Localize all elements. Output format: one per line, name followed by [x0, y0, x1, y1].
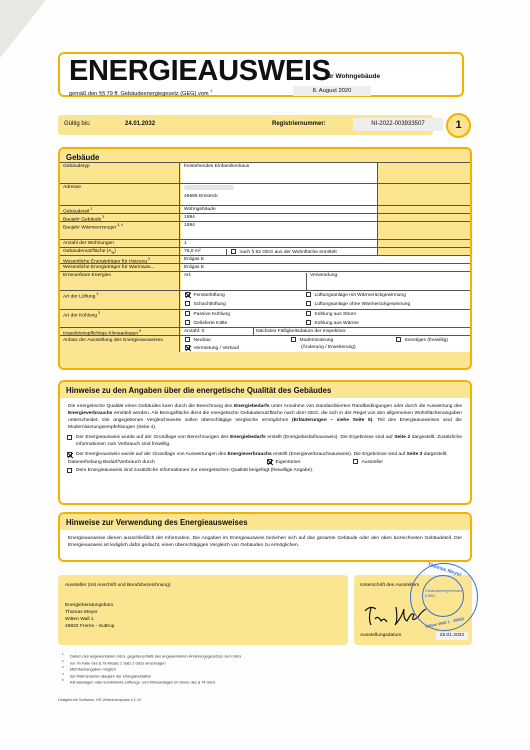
collector-issuer-option: Aussteller: [353, 459, 383, 466]
row-value: 1994: [181, 214, 378, 221]
extra-info-text: Dem Energieausweis sind zusätzliche Info…: [76, 468, 313, 473]
option-checkbox[interactable]: [185, 320, 190, 325]
issue-date: 25.01.2022: [436, 632, 468, 640]
row-label: Anlass der Ausstellung des Energieauswei…: [60, 336, 180, 352]
ventilation-option: Fensterlüftung: [185, 292, 225, 298]
extra-info-option: Dem Energieausweis sind zusätzliche Info…: [60, 467, 470, 474]
building-row: Anzahl der Wohnungen1: [60, 239, 472, 247]
cooling-option: Kühlung aus Strom: [306, 311, 356, 317]
ac-next-inspection: Nächstes Fälligkeitsdatum der Inspektion…: [253, 328, 347, 335]
reason-checkbox[interactable]: [185, 345, 190, 350]
registration-number: NI-2022-003933507: [353, 118, 443, 131]
area-value: 76,0 m²: [184, 249, 201, 254]
registration-label: Registriernummer:: [272, 121, 326, 127]
building-row: Wesentliche Energieträger für Heizung 3E…: [60, 255, 472, 263]
demand-option-text: Der Energieausweis wurde auf der Grundla…: [76, 435, 462, 447]
renewable-kind-label: Art:: [184, 273, 192, 278]
row-label: Wesentliche Energieträger für Heizung 3: [60, 256, 180, 263]
stamp-address: Witten Wall 1 · 49832: [425, 616, 465, 629]
building-row: Art der Kühlung 3Passive KühlungKühlung …: [60, 309, 472, 327]
row-label: Gebäudeteil 2: [60, 206, 180, 213]
reason-option: Neubau: [185, 337, 211, 343]
row-label: Inspektionspflichtige Klimaanlagen 5: [60, 328, 180, 335]
row-value: FensterlüftungLüftungsanlage mit Wärmerü…: [181, 291, 472, 309]
consumption-option: Der Energieausweis wurde auf der Grundla…: [60, 451, 470, 458]
consumption-checkbox[interactable]: [67, 452, 72, 457]
law-reference: gemäß den §§ 79 ff. Gebäudeenergiegesetz…: [69, 88, 212, 97]
building-row: Baujahr Wärmeerzeuger 3, 41994: [60, 221, 472, 239]
row-label: Wesentliche Energieträger für Warmwas...: [60, 264, 180, 271]
building-row: Anlass der Ausstellung des Energieauswei…: [60, 335, 472, 352]
building-row: Gebäudeteil 2Wohngebäude: [60, 205, 472, 213]
valid-until-label: Gültig bis:: [64, 121, 91, 127]
footnote: 5Klimaanlagen oder kombinierte Lüftungs-…: [62, 678, 241, 685]
reason-checkbox[interactable]: [396, 337, 401, 342]
document-title: ENERGIEAUSWEIS: [69, 56, 331, 86]
issuer-label: Aussteller: [362, 460, 383, 465]
extra-info-checkbox[interactable]: [67, 468, 72, 473]
owner-label: Eigentümer: [276, 460, 301, 465]
reason-option: Sonstiges (freiwillig): [396, 337, 448, 343]
building-row: Gebäudetypfreistehendes Einfamilienhaus: [60, 162, 472, 183]
law-text: gemäß den §§ 79 ff. Gebäudeenergiegesetz…: [69, 91, 209, 97]
building-row: Inspektionspflichtige Klimaanlagen 5Anza…: [60, 327, 472, 335]
quality-hints-heading: Hinweise zu den Angaben über die energet…: [60, 382, 470, 398]
redacted-street: [184, 185, 234, 190]
row-value: Art:Verwendung:: [181, 272, 472, 290]
stamp-icon: Thomas Meyer Gebäudeenergieberater (HWK)…: [410, 563, 478, 631]
issuer-line: Thomas Meyer: [65, 609, 114, 616]
collector-owner-option: Eigentümer: [267, 459, 301, 466]
data-collection-row: Datenerhebung Bedarf/Verbrauch durch Eig…: [60, 459, 470, 467]
option-checkbox[interactable]: [185, 292, 190, 297]
title-box: ENERGIEAUSWEIS für Wohngebäude gemäß den…: [58, 52, 464, 97]
usage-hints-section: Hinweise zur Verwendung des Energieauswe…: [58, 512, 472, 562]
reason-modernization-sub: (Änderung / Erweiterung): [301, 345, 356, 350]
demand-checkbox[interactable]: [67, 435, 72, 440]
row-label: Baujahr Gebäude 3: [60, 214, 180, 221]
row-label: Anzahl der Wohnungen: [60, 240, 180, 247]
reason-option: Modernisierung: [291, 337, 333, 343]
page-fold: [0, 0, 46, 58]
data-collection-label: Datenerhebung Bedarf/Verbrauch durch: [68, 460, 155, 465]
law-date: 8. August 2020: [293, 86, 371, 96]
ventilation-option: Lüftungsanlage ohne Wärmerückgewinnung: [306, 301, 410, 307]
option-checkbox[interactable]: [306, 311, 311, 316]
issuer-label: Aussteller (mit Anschrift und Berufsbeze…: [65, 583, 170, 588]
row-label: Erneuerbare Energien: [60, 272, 180, 290]
row-label: Gebäudetyp: [60, 163, 180, 183]
row-label: Baujahr Wärmeerzeuger 3, 4: [60, 222, 180, 239]
usage-hints-heading: Hinweise zur Verwendung des Energieauswe…: [60, 514, 470, 530]
demand-option: Der Energieausweis wurde auf der Grundla…: [60, 434, 470, 448]
issuer-box: Aussteller (mit Anschrift und Berufsbeze…: [58, 575, 348, 645]
option-checkbox[interactable]: [185, 301, 190, 306]
row-value: Wohngebäude: [181, 206, 378, 213]
usage-hints-text: Energieausweise dienen ausschließlich de…: [60, 535, 470, 549]
row-value: Anzahl: 0Nächstes Fälligkeitsdatum der I…: [181, 328, 472, 335]
building-row: Baujahr Gebäude 31994: [60, 213, 472, 221]
reason-checkbox[interactable]: [291, 337, 296, 342]
issuer-address: EnergieberatungsbüroThomas MeyerWitten W…: [65, 602, 114, 630]
footnote: 1Datum des angewendeten GEG, gegebenenfa…: [62, 652, 241, 659]
row-value: NeubauModernisierungSonstiges (freiwilli…: [181, 336, 472, 352]
issuer-line: 49832 Freren - Suttrup: [65, 623, 114, 630]
building-row: Erneuerbare EnergienArt:Verwendung:: [60, 271, 472, 290]
valid-until-value: 24.01.2032: [125, 121, 155, 127]
law-footnote: 1: [210, 88, 212, 93]
row-value: 76,0 m²nach § 82 GEG aus der Wohnfläche …: [181, 248, 378, 255]
option-checkbox[interactable]: [185, 311, 190, 316]
row-label: Art der Lüftung 3: [60, 291, 180, 309]
row-value: 49685 Emsteck: [181, 184, 378, 205]
cooling-option: Gelieferte Kälte: [185, 320, 227, 326]
building-section: Gebäude Gebäudetypfreistehendes Einfamil…: [58, 147, 472, 370]
cooling-option: Kühlung aus Wärme: [306, 320, 359, 326]
footnotes: 1Datum des angewendeten GEG, gegebenenfa…: [62, 652, 241, 685]
option-checkbox[interactable]: [306, 320, 311, 325]
reason-checkbox[interactable]: [185, 337, 190, 342]
ventilation-option: Schachtlüftung: [185, 301, 226, 307]
option-checkbox[interactable]: [306, 301, 311, 306]
quality-hints-section: Hinweise zu den Angaben über die energet…: [58, 380, 472, 505]
issuer-checkbox[interactable]: [353, 459, 358, 464]
cooling-option: Passive Kühlung: [185, 311, 230, 317]
issue-date-label: Ausstellungsdatum: [360, 633, 401, 638]
building-row: Art der Lüftung 3FensterlüftungLüftungsa…: [60, 290, 472, 309]
building-row: Gebäudenutzfläche (AN)76,0 m²nach § 82 G…: [60, 247, 472, 255]
option-checkbox[interactable]: [306, 292, 311, 297]
row-value: freistehendes Einfamilienhaus: [181, 163, 378, 183]
area-checkbox[interactable]: [231, 249, 236, 254]
building-row: Wesentliche Energieträger für Warmwas...…: [60, 263, 472, 271]
owner-checkbox[interactable]: [267, 459, 272, 464]
row-value: 1: [181, 240, 378, 247]
row-label: Gebäudenutzfläche (AN): [60, 248, 180, 255]
software-credit: Hottgenroth Software, HS Verbrauchspass …: [58, 698, 141, 702]
row-label: Art der Kühlung 3: [60, 310, 180, 327]
ac-count: Anzahl: 0: [184, 329, 204, 334]
building-row: Adresse49685 Emsteck: [60, 183, 472, 205]
page-number-badge: 1: [446, 113, 471, 138]
row-value: Erdgas E: [181, 264, 472, 271]
row-value: Passive KühlungKühlung aus StromGeliefer…: [181, 310, 472, 327]
ventilation-option: Lüftungsanlage mit Wärmerückgewinnung: [306, 292, 406, 298]
row-value: Erdgas E: [181, 256, 472, 263]
reason-option: Vermietung / Verkauf: [185, 345, 239, 351]
renewable-use-label: Verwendung:: [306, 273, 339, 290]
consumption-option-text: Der Energieausweis wurde auf der Grundla…: [76, 452, 448, 457]
issuer-line: Witten Wall 1: [65, 616, 114, 623]
row-label: Adresse: [60, 184, 180, 205]
quality-hints-intro: Die energetische Qualität eines Gebäudes…: [60, 403, 470, 431]
validity-bar: Gültig bis: 24.01.2032 Registriernummer:…: [58, 115, 433, 135]
issuer-line: Energieberatungsbüro: [65, 602, 114, 609]
stamp-title: Gebäudeenergieberater (HWK): [425, 589, 465, 599]
document-subtitle: für Wohngebäude: [325, 73, 380, 80]
row-value: 1994: [181, 222, 378, 239]
